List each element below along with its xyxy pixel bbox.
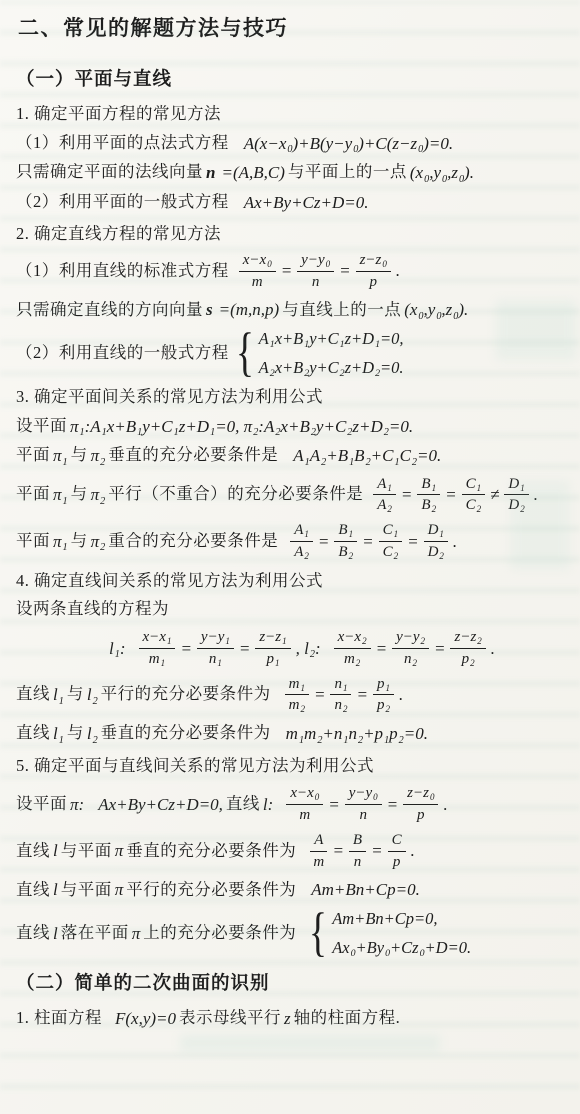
subscript: 2	[321, 457, 326, 468]
subscript: 2	[394, 551, 399, 561]
subscript: 2	[384, 427, 389, 438]
denominator: B2	[338, 542, 353, 562]
subscript: 1	[394, 457, 399, 468]
spacer	[129, 648, 137, 649]
numerator: C	[388, 831, 406, 852]
math-run: l	[53, 877, 58, 903]
fraction: A1A2	[373, 475, 396, 516]
subscript: 2	[93, 735, 98, 746]
spacer	[271, 733, 283, 734]
math-run: =(m,n,p)	[219, 297, 280, 323]
math-run: π1:A1x+B1y+C1z+D1=0, π2:A2x+B2y+C2z+D2=0…	[70, 414, 413, 440]
fraction: C1C2	[379, 521, 403, 562]
subscript: 1	[477, 483, 482, 493]
math-run: =	[180, 636, 191, 662]
subscript: 1	[63, 542, 68, 553]
subscript: 1	[63, 457, 68, 468]
subscript: 0	[453, 311, 458, 322]
spacer	[102, 1018, 112, 1019]
math-run: =	[362, 529, 373, 555]
subscript: 1	[304, 529, 309, 539]
subscript: 2	[317, 735, 322, 746]
subscript: 2	[304, 368, 309, 379]
text-run: 上的充分必要条件为	[143, 921, 296, 946]
equation-row: Am+Bn+Cp=0,	[332, 909, 471, 929]
math-run: A1A2+B1B2+C1C2=0.	[293, 443, 441, 469]
fraction: Am	[310, 831, 327, 872]
subscript: 1	[210, 427, 215, 438]
text-run: 与	[71, 443, 88, 468]
fraction: Cp	[388, 831, 406, 872]
denominator: n2	[404, 649, 417, 669]
fraction: D1D2	[424, 521, 448, 562]
subscript: 2	[387, 504, 392, 514]
text-run: 平面	[16, 443, 50, 468]
fraction: y−y0n	[345, 784, 382, 825]
subscript: 2	[347, 427, 352, 438]
math-run: π1	[53, 482, 68, 508]
content-line: 只需确定直线的方向向量s=(m,n,p)与直线上的一点(x0,y0,z0).	[16, 297, 566, 323]
math-run: .	[491, 636, 495, 662]
spacer	[296, 933, 302, 934]
math-run: =	[387, 792, 398, 818]
subscript: 1	[304, 339, 309, 350]
math-run: π	[115, 838, 124, 864]
spacer	[87, 804, 95, 805]
text-run: 4. 确定直线间关系的常见方法为利用公式	[16, 569, 323, 594]
numerator: p1	[373, 675, 394, 696]
math-run: l2	[87, 682, 98, 708]
math-run: =	[434, 636, 445, 662]
denominator: n1	[209, 649, 222, 669]
subscript: 1	[174, 427, 179, 438]
numerator: y−y0	[345, 784, 382, 805]
denominator: n	[312, 272, 320, 292]
fraction: y−y0n	[297, 251, 334, 292]
denominator: m	[252, 272, 263, 292]
denominator: n2	[334, 695, 347, 715]
numerator: z−z0	[356, 251, 391, 272]
math-run: =	[339, 258, 350, 284]
numerator: B	[349, 831, 366, 852]
numerator: z−z2	[450, 628, 485, 649]
subscript: 1	[394, 529, 399, 539]
fraction: x−x0m	[286, 784, 323, 825]
subscript: 2	[93, 696, 98, 707]
subscript: 2	[311, 427, 316, 438]
text-run: 直线	[16, 721, 50, 746]
subscript: 0	[287, 144, 292, 155]
spacer	[229, 143, 241, 144]
section-heading: （一）平面与直线	[16, 66, 566, 94]
fraction: z−z0p	[356, 251, 391, 292]
text-run: 直线	[16, 921, 50, 946]
denominator: D2	[428, 542, 444, 562]
subscript: 2	[375, 368, 380, 379]
numerator: C1	[462, 475, 486, 496]
fraction: B1B2	[334, 521, 357, 562]
math-run: =	[371, 838, 382, 864]
spacer	[296, 851, 308, 852]
spacer	[324, 648, 332, 649]
numerator: y−y2	[392, 628, 429, 649]
math-run: l	[53, 921, 58, 947]
subscript: 1	[343, 735, 348, 746]
subscript: 2	[340, 368, 345, 379]
spacer	[278, 455, 290, 456]
math-run: π	[115, 877, 124, 903]
math-run: π	[132, 921, 141, 947]
subscript: 0	[267, 259, 272, 269]
content-line: 直线l落在平面π上的充分必要条件为{Am+Bn+Cp=0,Ax0+By0+Cz0…	[16, 909, 566, 958]
text-run: 与平面上的一点	[288, 160, 407, 185]
subscript: 2	[100, 542, 105, 553]
numerator: n1	[330, 675, 351, 696]
text-run: 平行的充分必要条件为	[101, 682, 271, 707]
denominator: p	[393, 852, 401, 872]
subscript: 0	[385, 948, 390, 959]
subscript: 2	[343, 704, 348, 714]
subscript: 2	[304, 551, 309, 561]
math-run: F(x,y)=0	[115, 1006, 176, 1032]
text-run: （1）利用直线的标准式方程	[16, 259, 229, 284]
subscript: 2	[385, 704, 390, 714]
subscript: 1	[375, 339, 380, 350]
denominator: n	[359, 805, 367, 825]
content-line: l1:x−x1m1=y−y1n1=z−z1p1, l2:x−x2m2=y−y2n…	[106, 628, 566, 669]
text-run: 平行的充分必要条件为	[126, 878, 296, 903]
subscript: 0	[420, 948, 425, 959]
math-run: z	[284, 1006, 291, 1032]
fraction: z−z2p2	[450, 628, 485, 669]
subscript: 2	[356, 658, 361, 668]
text-run: 与	[71, 482, 88, 507]
text-run: 设平面	[16, 792, 67, 817]
fraction: D1D2	[504, 475, 528, 516]
math-run: .	[453, 529, 457, 555]
math-run: π2	[91, 529, 106, 555]
subscript: 2	[301, 704, 306, 714]
page-title: 二、常见的解题方法与技巧	[18, 12, 566, 42]
math-run: =	[318, 529, 329, 555]
content-line: 4. 确定直线间关系的常见方法为利用公式	[16, 569, 566, 594]
fraction: x−x1m1	[139, 628, 176, 669]
subscript: 0	[353, 144, 358, 155]
subscript: 2	[275, 427, 280, 438]
math-run: l:	[263, 792, 273, 818]
equation-row: A2x+B2y+C2z+D2=0.	[259, 358, 404, 378]
math-run: =	[332, 838, 343, 864]
subscript: 0	[418, 311, 423, 322]
fraction: p1p2	[373, 675, 394, 716]
spacer	[296, 890, 308, 891]
numerator: A	[310, 831, 327, 852]
numerator: x−x2	[334, 628, 371, 649]
equation-rows: A1x+B1y+C1z+D1=0,A2x+B2y+C2z+D2=0.	[259, 329, 404, 378]
content-line: （1）利用直线的标准式方程x−x0m=y−y0n=z−z0p.	[16, 251, 566, 292]
fraction: z−z0p	[403, 784, 438, 825]
subscript: 1	[63, 496, 68, 507]
numerator: B1	[417, 475, 440, 496]
content-line: 1. 确定平面方程的常见方法	[16, 102, 566, 127]
math-run: l	[53, 838, 58, 864]
content-line: 1. 柱面方程F(x,y)=0表示母线平行z轴的柱面方程.	[16, 1006, 566, 1032]
text-run: 与	[71, 529, 88, 554]
math-run: Ax+By+Cz+D=0.	[244, 190, 369, 216]
text-run: （2）利用直线的一般式方程	[16, 341, 229, 366]
subscript: 1	[387, 483, 392, 493]
subscript: 1	[115, 649, 120, 660]
text-run: 设两条直线的方程为	[16, 597, 169, 622]
math-run: =	[239, 636, 250, 662]
fraction: B1B2	[417, 475, 440, 516]
spacer	[363, 494, 371, 495]
text-run: 直线	[16, 682, 50, 707]
text-run: 直线	[16, 839, 50, 864]
math-run: .	[396, 258, 400, 284]
subscript: 0	[430, 792, 435, 802]
vector-symbol: n	[206, 160, 215, 186]
content-line: 3. 确定平面间关系的常见方法为利用公式	[16, 385, 566, 410]
left-brace-glyph: {	[309, 910, 327, 956]
content-line: 平面π1与π2重合的充分必要条件是A1A2=B1B2=C1C2=D1D2.	[16, 521, 566, 562]
content-line: 直线l与平面π平行的充分必要条件为Am+Bn+Cp=0.	[16, 877, 566, 903]
math-run: (x0,y0,z0).	[410, 160, 474, 186]
denominator: m2	[289, 695, 305, 715]
subscript: 0	[326, 259, 331, 269]
subscript: 1	[385, 683, 390, 693]
text-run: 3. 确定平面间关系的常见方法为利用公式	[16, 385, 323, 410]
subscript: 1	[520, 483, 525, 493]
textbook-page: 二、常见的解题方法与技巧 （一）平面与直线1. 确定平面方程的常见方法（1）利用…	[0, 0, 580, 1114]
spacer	[276, 804, 284, 805]
numerator: z−z1	[255, 628, 290, 649]
denominator: B2	[421, 495, 436, 515]
text-run: 与	[67, 682, 84, 707]
text-run: 直线	[16, 878, 50, 903]
subscript: 0	[418, 144, 423, 155]
math-run: π1	[53, 443, 68, 469]
text-run: （2）利用平面的一般式方程	[16, 190, 229, 215]
text-run: 垂直的充分必要条件为	[101, 721, 271, 746]
content-line: （2）利用平面的一般式方程Ax+By+Cz+D=0.	[16, 190, 566, 216]
subscript: 0	[459, 174, 464, 185]
subscript: 0	[373, 792, 378, 802]
subscript: 2	[253, 427, 258, 438]
subscript: 1	[270, 339, 275, 350]
fraction: Bn	[349, 831, 366, 872]
text-run: 1. 柱面方程	[16, 1006, 102, 1031]
math-run: =	[407, 529, 418, 555]
subscript: 1	[217, 658, 222, 668]
subscript: 1	[282, 636, 287, 646]
subscript: 2	[412, 457, 417, 468]
math-run: l2	[87, 721, 98, 747]
math-run: =	[356, 682, 367, 708]
content-line: 5. 确定平面与直线间关系的常见方法为利用公式	[16, 754, 566, 779]
denominator: m1	[149, 649, 165, 669]
math-run: l1	[53, 721, 64, 747]
numerator: A1	[290, 521, 313, 542]
numerator: y−y1	[197, 628, 234, 649]
subscript: 0	[424, 174, 429, 185]
left-brace-glyph: {	[236, 330, 254, 376]
fraction: n1n2	[330, 675, 351, 716]
text-run: 2. 确定直线方程的常见方法	[16, 222, 221, 247]
math-run: =	[401, 482, 412, 508]
content-line: 直线l1与l2垂直的充分必要条件为m1m2+n1n2+p1p2=0.	[16, 721, 566, 747]
denominator: n	[354, 852, 362, 872]
subscript: 1	[59, 696, 64, 707]
denominator: p2	[462, 649, 475, 669]
subscript: 2	[358, 735, 363, 746]
math-run: .	[399, 682, 403, 708]
spacer	[229, 271, 237, 272]
math-run: π1	[53, 529, 68, 555]
text-run: 重合的充分必要条件是	[108, 529, 278, 554]
subscript: 1	[161, 658, 166, 668]
denominator: p	[417, 805, 425, 825]
denominator: p2	[377, 695, 390, 715]
math-run: =	[376, 636, 387, 662]
text-run: 轴的柱面方程.	[294, 1006, 401, 1031]
text-run: 落在平面	[61, 921, 129, 946]
denominator: A2	[377, 495, 392, 515]
content-line: 只需确定平面的法线向量n=(A,B,C)与平面上的一点(x0,y0,z0).	[16, 160, 566, 186]
vector-symbol: s	[206, 297, 213, 323]
content-line: 平面π1与π2垂直的充分必要条件是A1A2+B1B2+C1C2=0.	[16, 443, 566, 469]
subscript: 1	[384, 735, 389, 746]
denominator: m	[299, 805, 310, 825]
content-line: 设平面π1:A1x+B1y+C1z+D1=0, π2:A2x+B2y+C2z+D…	[16, 414, 566, 440]
math-run: m1m2+n1n2+p1p2=0.	[286, 721, 428, 747]
text-run: （二）简单的二次曲面的识别	[16, 970, 270, 998]
subscript: 0	[436, 311, 441, 322]
text-run: 与	[67, 721, 84, 746]
math-run: ≠	[490, 482, 499, 508]
numerator: z−z0	[403, 784, 438, 805]
math-run: π:	[70, 792, 84, 818]
subscript: 1	[59, 735, 64, 746]
subscript: 1	[343, 683, 348, 693]
math-run: π2	[91, 482, 106, 508]
math-run: π2	[91, 443, 106, 469]
math-run: A(x−x0)+B(y−y0)+C(z−z0)=0.	[244, 131, 453, 157]
content-line: 平面π1与π2平行（不重合）的充分必要条件是A1A2=B1B2=C1C2≠D1D…	[16, 475, 566, 516]
subscript: 2	[270, 368, 275, 379]
equation-system: {A1x+B1y+C1z+D1=0,A2x+B2y+C2z+D2=0.	[232, 329, 404, 378]
math-run: l1	[53, 682, 64, 708]
math-run: (x0,y0,z0).	[404, 297, 468, 323]
subscript: 1	[340, 339, 345, 350]
math-run: =	[314, 682, 325, 708]
numerator: B1	[334, 521, 357, 542]
math-run: =	[445, 482, 456, 508]
content-line: 2. 确定直线方程的常见方法	[16, 222, 566, 247]
subscript: 1	[305, 457, 310, 468]
math-run: =(A,B,C)	[221, 160, 284, 186]
text-run: 垂直的充分必要条件是	[108, 443, 278, 468]
math-run: =	[328, 792, 339, 818]
section-heading: （二）简单的二次曲面的识别	[16, 970, 566, 998]
math-run: =	[281, 258, 292, 284]
subscript: 1	[439, 529, 444, 539]
subscript: 2	[439, 551, 444, 561]
math-run: .	[534, 482, 538, 508]
text-run: 平面	[16, 529, 50, 554]
subscript: 1	[80, 427, 85, 438]
text-run: 直线	[226, 792, 260, 817]
denominator: m	[313, 852, 324, 872]
denominator: p	[369, 272, 377, 292]
text-run: 只需确定平面的法线向量	[16, 160, 203, 185]
subscript: 1	[225, 636, 230, 646]
subscript: 1	[349, 529, 354, 539]
subscript: 2	[432, 504, 437, 514]
content-line: 直线l1与l2平行的充分必要条件为m1m2=n1n2=p1p2.	[16, 675, 566, 716]
math-run: .	[411, 838, 415, 864]
subscript: 2	[100, 457, 105, 468]
content-line: 直线l与平面π垂直的充分必要条件为Am=Bn=Cp.	[16, 831, 566, 872]
denominator: A2	[294, 542, 309, 562]
numerator: D1	[424, 521, 448, 542]
math-run: Am+Bn+Cp=0.	[311, 877, 420, 903]
subscript: 2	[362, 636, 367, 646]
numerator: x−x0	[239, 251, 276, 272]
math-run: , l2:	[296, 636, 321, 662]
text-run: （一）平面与直线	[16, 66, 172, 94]
denominator: p1	[266, 649, 279, 669]
subscript: 1	[137, 427, 142, 438]
math-run: .	[443, 792, 447, 818]
subscript: 0	[351, 948, 356, 959]
subscript: 2	[366, 457, 371, 468]
text-run: （1）利用平面的点法式方程	[16, 131, 229, 156]
fraction: m1m2	[285, 675, 309, 716]
fraction: x−x2m2	[334, 628, 371, 669]
math-run: l1:	[109, 636, 126, 662]
text-run: 设平面	[16, 414, 67, 439]
denominator: C2	[383, 542, 399, 562]
numerator: x−x0	[286, 784, 323, 805]
subscript: 0	[442, 174, 447, 185]
numerator: C1	[379, 521, 403, 542]
fraction: y−y1n1	[197, 628, 234, 669]
denominator: D2	[508, 495, 524, 515]
subscript: 1	[432, 483, 437, 493]
page-body: （一）平面与直线1. 确定平面方程的常见方法（1）利用平面的点法式方程A(x−x…	[16, 66, 566, 1031]
text-run: 垂直的充分必要条件为	[126, 839, 296, 864]
subscript: 2	[470, 658, 475, 668]
numerator: A1	[373, 475, 396, 496]
numerator: m1	[285, 675, 309, 696]
text-run: 5. 确定平面与直线间关系的常见方法为利用公式	[16, 754, 374, 779]
spacer	[278, 541, 288, 542]
spacer	[229, 202, 241, 203]
subscript: 2	[520, 504, 525, 514]
spacer	[271, 694, 283, 695]
fraction: z−z1p1	[255, 628, 290, 669]
subscript: 1	[102, 427, 107, 438]
subscript: 1	[301, 683, 306, 693]
numerator: x−x1	[139, 628, 176, 649]
subscript: 1	[349, 457, 354, 468]
subscript: 2	[100, 496, 105, 507]
text-run: 平面	[16, 482, 50, 507]
subscript: 2	[421, 636, 426, 646]
fraction: x−x0m	[239, 251, 276, 292]
content-line: 设平面π:Ax+By+Cz+D=0,直线l:x−x0m=y−y0n=z−z0p.	[16, 784, 566, 825]
